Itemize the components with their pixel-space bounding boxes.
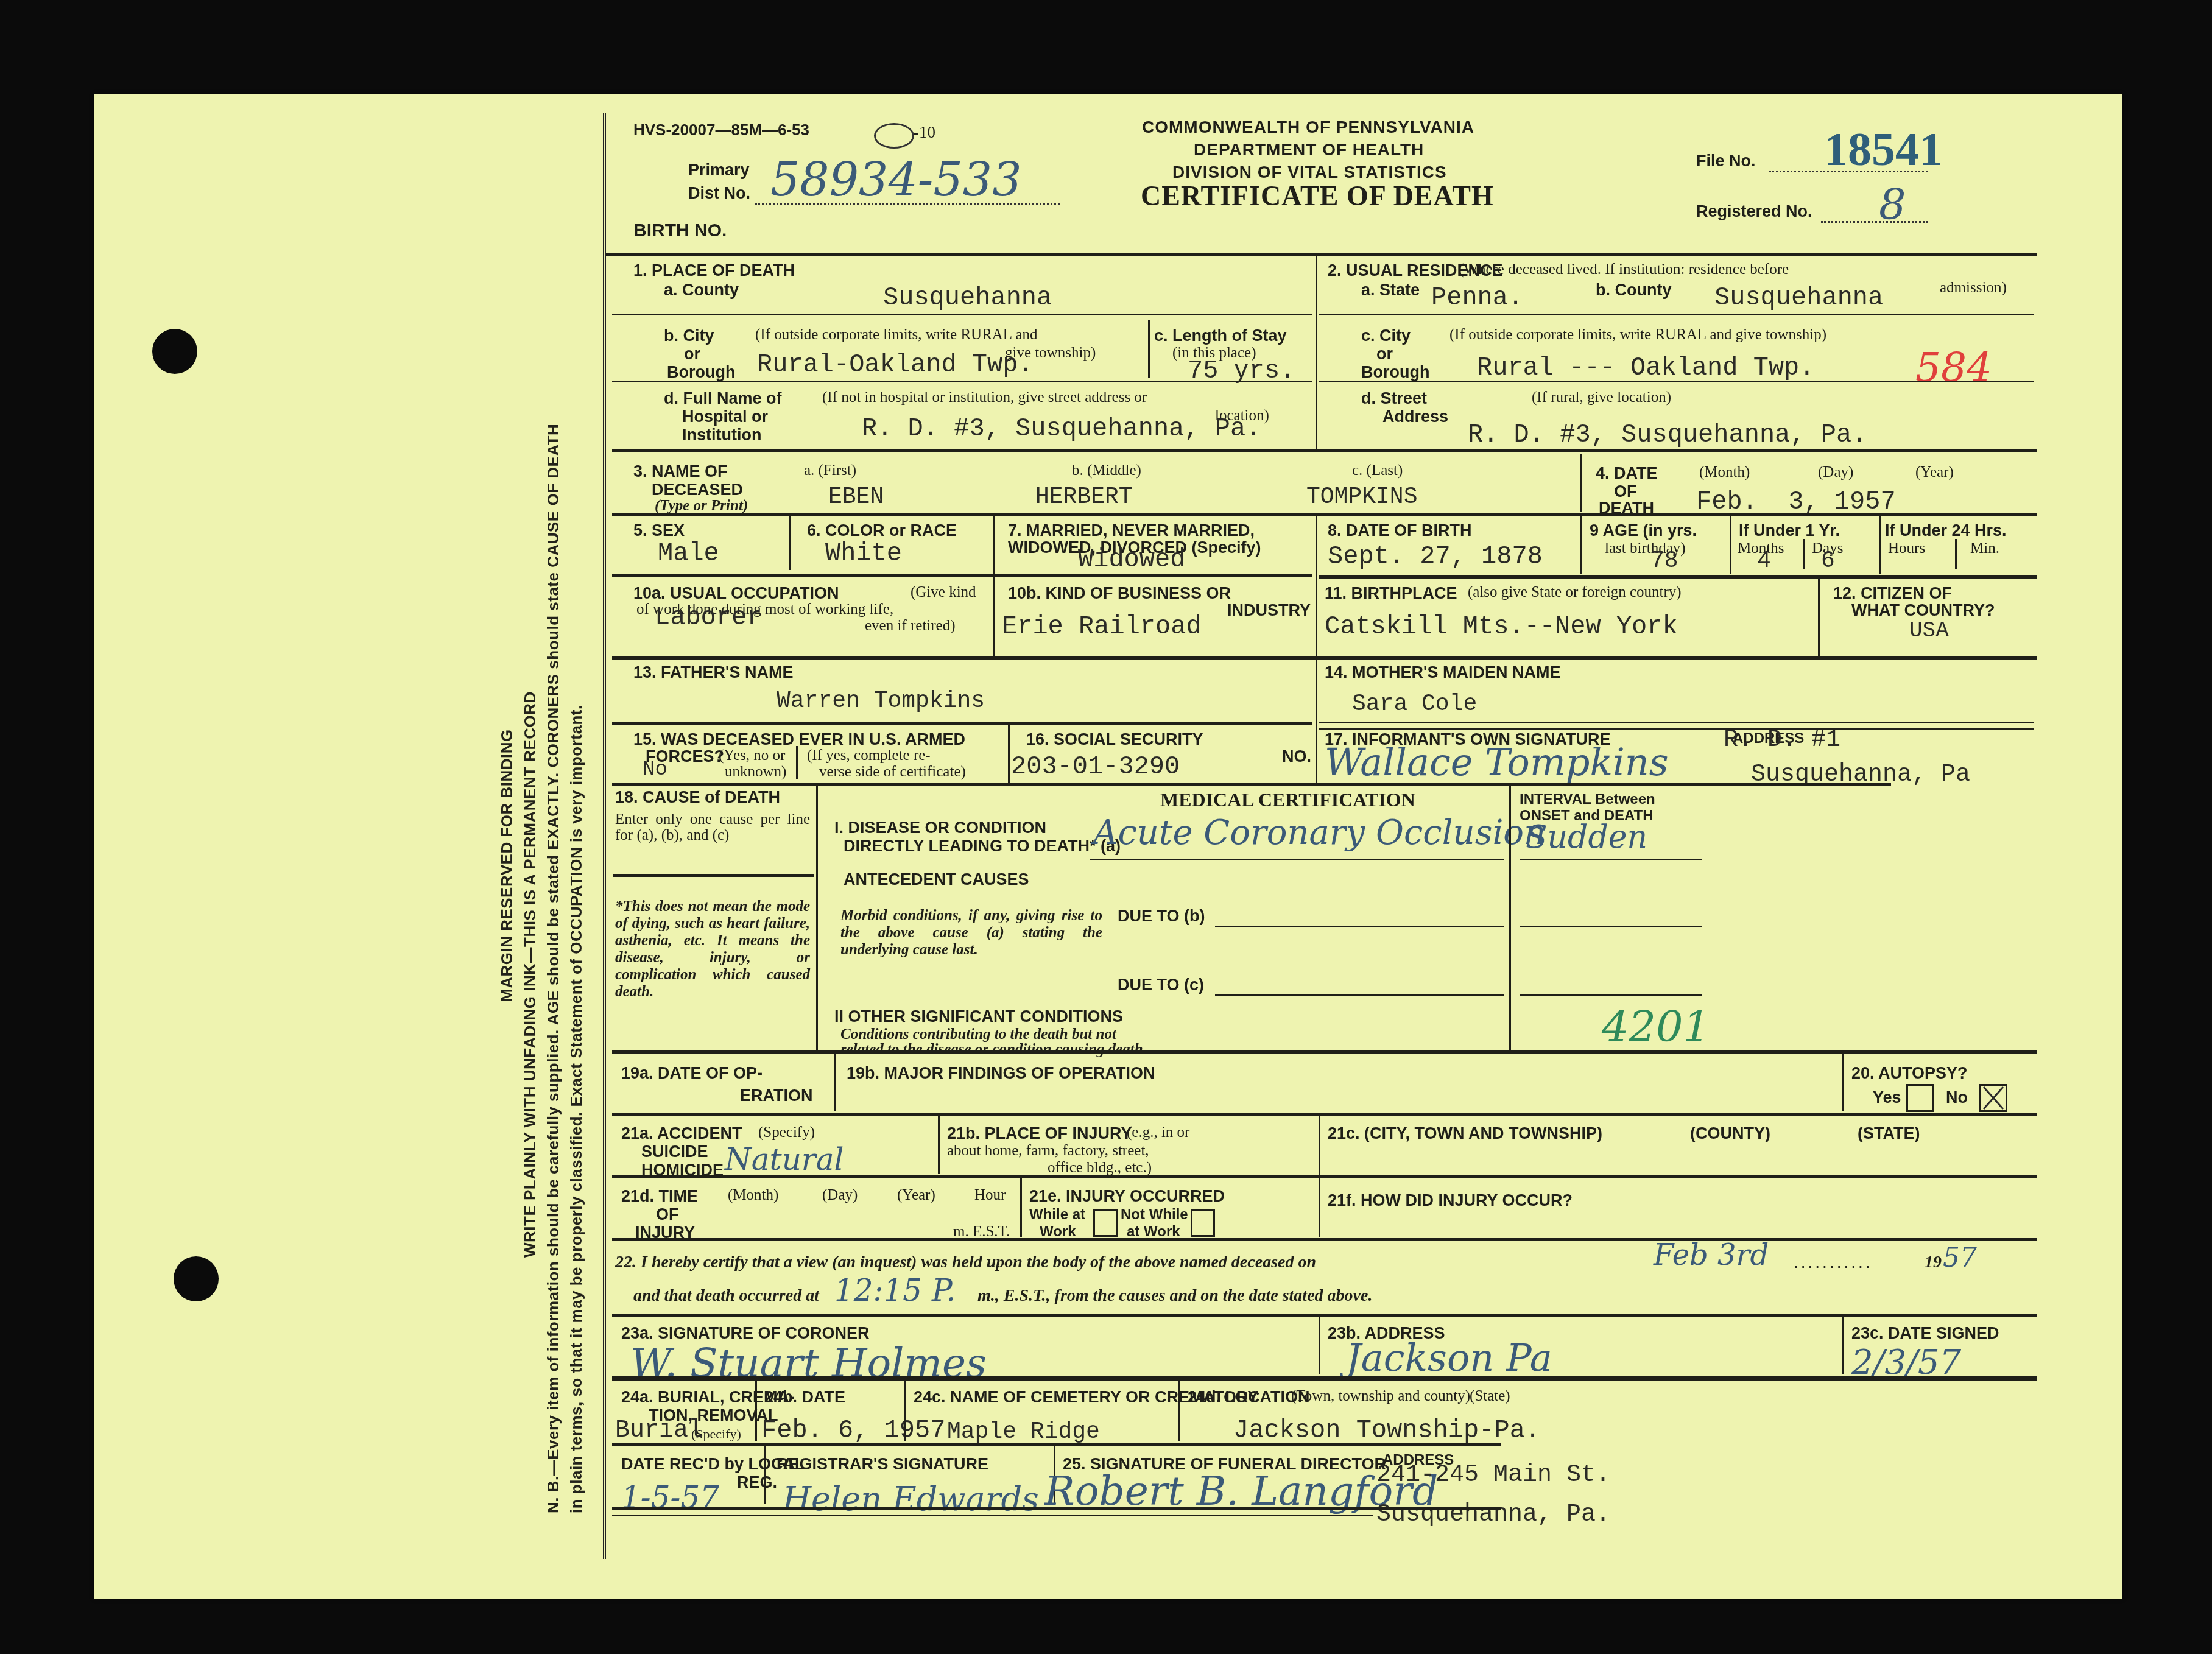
min-label: Min.	[1970, 541, 1999, 557]
residence-note-2: admission)	[1940, 280, 2007, 296]
funeral-director-address-1: 241-245 Main St.	[1376, 1462, 1610, 1489]
death-month-label: (Month)	[1699, 465, 1750, 480]
registered-no-value: 8	[1879, 180, 1906, 230]
last-name-label: c. (Last)	[1352, 463, 1403, 479]
injury-state-label: (STATE)	[1858, 1125, 1920, 1142]
under1-label: If Under 1 Yr.	[1739, 522, 1840, 539]
armed-forces-note-2: unknown)	[725, 764, 786, 780]
place-of-injury-note-2: about home, farm, factory, street,	[947, 1143, 1149, 1159]
hours-label: Hours	[1888, 541, 1925, 557]
form-code: HVS-20007—85M—6-53	[633, 122, 809, 138]
residence-state-label: a. State	[1361, 281, 1420, 298]
injury-a-divider	[938, 1116, 940, 1174]
age-months-value: 4	[1757, 548, 1771, 574]
funeral-director-address-2: Susquehanna, Pa.	[1376, 1501, 1610, 1529]
not-while-at-work-label-2: at Work	[1127, 1224, 1180, 1239]
date-of-death-label-1: 4. DATE	[1596, 465, 1658, 482]
street-label: d. Street	[1361, 390, 1427, 407]
row-divider	[612, 314, 1312, 315]
registrar-signature-label: REGISTRAR'S SIGNATURE	[777, 1455, 988, 1473]
birthplace-value: Catskill Mts.--New York	[1325, 612, 1678, 641]
burial-b-divider	[904, 1381, 906, 1441]
cause-label: 18. CAUSE of DEATH	[615, 789, 780, 806]
due-to-c-line	[1215, 994, 1504, 996]
how-injury-label: 21f. HOW DID INJURY OCCUR?	[1328, 1192, 1573, 1209]
injury-type-label-2: SUICIDE	[641, 1143, 708, 1160]
margin-nb-note: N. B.—Every item of information should b…	[544, 424, 563, 1513]
autopsy-no-label: No	[1946, 1089, 1968, 1106]
citizen-label-2: WHAT COUNTRY?	[1851, 602, 1995, 619]
citizen-label-1: 12. CITIZEN OF	[1833, 585, 1952, 602]
occupation-note-1: (Give kind	[911, 585, 976, 600]
cause-footnote: *This does not mean the mode of dying, s…	[615, 898, 810, 1001]
autopsy-no-checkbox-checked[interactable]	[1979, 1084, 2007, 1112]
certify-line-2b: m., E.S.T., from the causes and on the d…	[977, 1286, 1372, 1305]
hospital-note: (If not in hospital or institution, give…	[822, 390, 1147, 406]
date-of-death-value: Feb. 3, 1957	[1696, 487, 1896, 516]
hospital-label-3: Institution	[682, 426, 761, 443]
injury-time-label-2: OF	[656, 1206, 679, 1223]
armed-forces-label-1: 15. WAS DECEASED EVER IN U.S. ARMED	[633, 731, 965, 748]
residence-street-value: R. D. #3, Susquehanna, Pa.	[1468, 420, 1867, 449]
cause-a-value: Acute Coronary Occlusion	[1093, 813, 1546, 853]
father-label: 13. FATHER'S NAME	[633, 664, 793, 681]
marital-value: Widowed	[1078, 545, 1185, 574]
union-label-icon	[874, 123, 914, 149]
place-of-injury-note-1: (e.g., in or	[1127, 1125, 1189, 1141]
stay-divider	[1148, 320, 1150, 378]
burial-type-value: Burial	[615, 1417, 703, 1445]
occupation-label: 10a. USUAL OCCUPATION	[633, 585, 839, 602]
binding-hole-top	[152, 329, 197, 374]
injury-time-label-1: 21d. TIME	[621, 1188, 698, 1205]
disease-label-1: I. DISEASE OR CONDITION	[834, 819, 1046, 836]
age-divider	[1580, 516, 1582, 574]
injury-month-label: (Month)	[728, 1188, 778, 1203]
operation-date-label-2: ERATION	[740, 1087, 813, 1104]
place-county-value: Susquehanna	[883, 283, 1052, 312]
autopsy-yes-label: Yes	[1873, 1089, 1901, 1106]
coroner-date-divider	[1842, 1317, 1844, 1374]
header-commonwealth: COMMONWEALTH OF PENNSYLVANIA	[1142, 118, 1474, 137]
certify-year-value: 57	[1943, 1242, 1977, 1273]
row-divider	[612, 1314, 2037, 1317]
citizen-divider	[1818, 579, 1820, 656]
row-divider	[1319, 575, 2037, 579]
race-label: 6. COLOR or RACE	[807, 522, 957, 539]
due-to-b-label: DUE TO (b)	[1118, 907, 1205, 924]
place-city-value: Rural-Oakland Twp.	[757, 350, 1034, 379]
row-divider	[1319, 728, 2034, 730]
occupation-note-3: even if retired)	[865, 618, 956, 634]
row-divider	[612, 722, 1312, 725]
certify-line-1: 22. I hereby certify that a view (an inq…	[615, 1253, 1316, 1272]
injury-county-label: (COUNTY)	[1690, 1125, 1770, 1142]
autopsy-divider	[1842, 1054, 1844, 1111]
operation-date-label-1: 19a. DATE OF OP-	[621, 1065, 763, 1082]
residence-county-value: Susquehanna	[1714, 283, 1883, 312]
while-at-work-label-1: While at	[1029, 1207, 1085, 1222]
sex-label: 5. SEX	[633, 522, 685, 539]
burial-c-divider	[1178, 1381, 1180, 1441]
coroner-address-divider	[1319, 1317, 1320, 1374]
ssn-divider	[1008, 725, 1010, 783]
interval-divider	[1509, 786, 1511, 1050]
birth-divider	[1316, 516, 1317, 784]
armed-forces-note-4: verse side of certificate)	[819, 764, 966, 780]
interval-c-line	[1520, 994, 1702, 996]
name-label-1: 3. NAME OF	[633, 463, 728, 480]
certify-year-prefix: 19	[1925, 1253, 1942, 1272]
file-no-value: 18541	[1824, 122, 1943, 177]
street-note: (If rural, give location)	[1532, 390, 1671, 406]
armed-forces-inner-divider	[796, 746, 798, 779]
race-divider	[993, 516, 995, 656]
death-day-label: (Day)	[1818, 465, 1853, 480]
cause-left-divider	[816, 786, 818, 1050]
sex-value: Male	[658, 539, 719, 568]
injury-occurred-label: 21e. INJURY OCCURRED	[1029, 1188, 1225, 1205]
not-while-at-work-label-1: Not While	[1121, 1207, 1188, 1222]
months-days-divider	[1803, 539, 1805, 569]
borough-label: Borough	[667, 364, 735, 381]
ssn-label-1: 16. SOCIAL SECURITY	[1026, 731, 1203, 748]
residence-note: (Where deceased lived. If institution: r…	[1459, 262, 1789, 278]
burial-date-label: 24b. DATE	[764, 1388, 845, 1406]
other-conditions-note-1: Conditions contributing to the death but…	[840, 1026, 1116, 1043]
certificate-form: HVS-20007—85M—6-53 -10 Primary Dist No. …	[603, 113, 2037, 1559]
hospital-label-1: d. Full Name of	[664, 390, 782, 407]
residence-borough-label: Borough	[1361, 364, 1429, 381]
section-divider	[612, 449, 2037, 452]
place-of-injury-label: 21b. PLACE OF INJURY	[947, 1125, 1132, 1142]
address-label: Address	[1382, 408, 1448, 425]
under24-label: If Under 24 Hrs.	[1885, 522, 2007, 539]
ssn-value: 203-01-3290	[1011, 752, 1180, 781]
hospital-value: R. D. #3, Susquehanna, Pa.	[862, 414, 1261, 443]
injury-year-label: (Year)	[897, 1188, 935, 1203]
due-to-c-label: DUE TO (c)	[1118, 976, 1204, 993]
row-divider	[1319, 722, 2034, 723]
interval-a-line	[1520, 859, 1702, 860]
margin-plain-terms-note: in plain terms, so that it may be proper…	[567, 705, 586, 1513]
red-code-value: 584	[1915, 344, 1992, 391]
morbid-note: Morbid conditions, if any, giving rise t…	[840, 907, 1102, 959]
age-years-value: 78	[1650, 548, 1678, 574]
birth-date-label: 8. DATE OF BIRTH	[1328, 522, 1472, 539]
disease-label-2: DIRECTLY LEADING TO DEATH* (a)	[844, 837, 1121, 854]
row-divider	[612, 513, 2037, 516]
informant-signature: Wallace Tompkins	[1325, 740, 1669, 784]
not-while-at-work-checkbox[interactable]	[1191, 1209, 1215, 1237]
city-label: b. City	[664, 327, 714, 344]
name-label-2: DECEASED	[652, 481, 743, 498]
county-label: a. County	[664, 281, 739, 298]
name-label-3: (Type or Print)	[655, 498, 748, 515]
other-conditions-label: II OTHER SIGNIFICANT CONDITIONS	[834, 1008, 1123, 1025]
margin-ink-note: WRITE PLAINLY WITH UNFADING INK—THIS IS …	[521, 691, 540, 1258]
certificate-title: CERTIFICATE OF DEATH	[1141, 180, 1494, 212]
residence-county-label: b. County	[1596, 281, 1671, 298]
residence-city-value: Rural --- Oakland Twp.	[1477, 353, 1815, 382]
residence-city-note: (If outside corporate limits, write RURA…	[1449, 327, 1826, 343]
injury-hour-label: Hour	[974, 1188, 1006, 1203]
age-label-1: 9 AGE (in yrs.	[1590, 522, 1697, 539]
row-divider	[612, 656, 2037, 660]
antecedent-label: ANTECEDENT CAUSES	[844, 871, 1029, 888]
middle-name-value: HERBERT	[1035, 484, 1133, 510]
father-value: Warren Tompkins	[777, 688, 985, 714]
city-or-label: or	[684, 345, 700, 362]
interval-label-1: INTERVAL Between	[1520, 792, 1655, 807]
residence-city-label: c. City	[1361, 327, 1411, 344]
interval-a-value: Sudden	[1526, 819, 1647, 856]
row-divider	[612, 1050, 2037, 1054]
medical-certification-title: MEDICAL CERTIFICATION	[1160, 789, 1415, 811]
burial-location-note: (Town, township and county)	[1291, 1388, 1470, 1404]
cemetery-value: Maple Ridge	[947, 1419, 1100, 1445]
middle-name-label: b. (Middle)	[1072, 463, 1141, 479]
row-divider	[612, 1113, 2037, 1116]
operation-divider	[834, 1054, 836, 1111]
certify-time-value: 12:15 P.	[834, 1273, 956, 1308]
under1-divider	[1730, 516, 1731, 574]
while-at-work-checkbox[interactable]	[1093, 1209, 1118, 1237]
checkmark-x-icon	[1981, 1086, 2006, 1110]
row-divider	[612, 783, 1891, 786]
ssn-label-2: NO.	[1282, 748, 1311, 765]
header-department: DEPARTMENT OF HEALTH	[1194, 140, 1424, 160]
place-of-injury-note-3: office bldg., etc.)	[1048, 1160, 1152, 1176]
row-divider	[1319, 381, 2034, 382]
bottom-border-2	[612, 1515, 1373, 1516]
injury-day-label: (Day)	[822, 1188, 858, 1203]
green-code-value: 4201	[1602, 1002, 1710, 1052]
registered-no-label: Registered No.	[1696, 203, 1812, 220]
burial-location-value: Jackson Township-Pa.	[1233, 1416, 1540, 1445]
hours-min-divider	[1955, 539, 1957, 569]
occupation-value: Laborer	[655, 603, 762, 632]
race-value: White	[825, 539, 902, 568]
date-of-death-label-2: OF	[1614, 483, 1637, 500]
sex-divider	[789, 516, 791, 570]
row-divider	[612, 1376, 2037, 1381]
birthplace-label: 11. BIRTHPLACE	[1325, 585, 1457, 602]
residence-city-or: or	[1376, 345, 1393, 362]
armed-forces-note-3: (If yes, complete re-	[807, 748, 931, 764]
place-of-death-label: 1. PLACE OF DEATH	[633, 262, 795, 279]
registered-no-dotted-line	[1821, 221, 1928, 223]
cause-instr-divider	[613, 874, 814, 877]
union-label-suffix: -10	[914, 124, 935, 141]
margin-binding-note: MARGIN RESERVED FOR BINDING	[498, 729, 516, 1002]
bottom-border	[612, 1507, 1501, 1510]
header-divider	[606, 253, 2037, 256]
row-divider	[612, 381, 1312, 382]
dist-no-label: Dist No.	[688, 185, 750, 202]
binding-hole-bottom	[174, 1256, 219, 1301]
burial-location-state: (State)	[1470, 1388, 1510, 1404]
burial-a-divider	[755, 1381, 757, 1441]
business-label-2: INDUSTRY	[1227, 602, 1311, 619]
informant-address-1: R. D. #1	[1724, 727, 1840, 754]
row-divider	[612, 1238, 2037, 1241]
cause-a-line	[1090, 859, 1504, 860]
primary-label: Primary	[688, 161, 750, 178]
certify-date-dots: ...........	[1794, 1253, 1873, 1272]
birth-date-value: Sept. 27, 1878	[1328, 542, 1543, 571]
row-divider	[1319, 314, 2034, 315]
col-divider-place-residence	[1316, 256, 1317, 451]
certify-date-value: Feb 3rd	[1654, 1238, 1769, 1272]
autopsy-label: 20. AUTOPSY?	[1851, 1065, 1968, 1082]
row-divider	[612, 1175, 2037, 1178]
row-divider	[612, 574, 1312, 577]
date-received-label-2: REG.	[737, 1474, 777, 1491]
under24-divider	[1879, 516, 1881, 574]
interval-b-line	[1520, 926, 1702, 927]
injury-type-specify: (Specify)	[758, 1125, 815, 1141]
injury-city-label: 21c. (CITY, TOWN AND TOWNSHIP)	[1328, 1125, 1602, 1142]
due-to-b-line	[1215, 926, 1504, 927]
file-no-label: File No.	[1696, 152, 1756, 169]
injury-type-value: Natural	[725, 1142, 844, 1177]
autopsy-yes-checkbox[interactable]	[1906, 1084, 1934, 1112]
coroner-address: Jackson Pa	[1346, 1336, 1552, 1380]
certify-line-2a: and that death occurred at	[633, 1286, 819, 1305]
primary-dist-no-value: 58934-533	[770, 152, 1022, 206]
first-name-value: EBEN	[828, 484, 884, 510]
other-conditions-note-2: related to the disease or condition caus…	[840, 1041, 1147, 1058]
mother-value: Sara Cole	[1352, 691, 1477, 717]
injury-d-divider	[1020, 1178, 1022, 1237]
death-year-label: (Year)	[1915, 465, 1954, 480]
length-of-stay-label: c. Length of Stay	[1154, 327, 1287, 344]
burial-date-value: Feb. 6, 1957	[761, 1416, 945, 1445]
registrar-signature: Helen Edwards	[783, 1480, 1039, 1518]
last-name-value: TOMPKINS	[1306, 484, 1417, 510]
birth-no-label: BIRTH NO.	[633, 221, 727, 241]
armed-forces-value: No	[643, 758, 667, 781]
row-divider	[612, 1443, 1501, 1446]
while-at-work-label-2: Work	[1040, 1224, 1076, 1239]
first-name-label: a. (First)	[804, 463, 856, 479]
birthplace-note: (also give State or foreign country)	[1468, 585, 1682, 600]
date-of-death-divider	[1580, 454, 1582, 512]
marital-label-1: 7. MARRIED, NEVER MARRIED,	[1008, 522, 1255, 539]
age-days-value: 6	[1821, 548, 1835, 574]
residence-state-value: Penna.	[1431, 283, 1523, 312]
armed-forces-note-1: (Yes, no or	[719, 748, 785, 764]
city-note: (If outside corporate limits, write RURA…	[755, 327, 1038, 343]
cause-instructions: Enter only one cause per line for (a), (…	[615, 812, 810, 844]
registrar-divider	[764, 1446, 766, 1504]
business-value: Erie Railroad	[1002, 612, 1202, 641]
mother-label: 14. MOTHER'S MAIDEN NAME	[1325, 664, 1560, 681]
business-label-1: 10b. KIND OF BUSINESS OR	[1008, 585, 1231, 602]
injury-type-label-1: 21a. ACCIDENT	[621, 1125, 742, 1142]
coroner-date-label: 23c. DATE SIGNED	[1851, 1325, 1999, 1342]
operation-findings-label: 19b. MAJOR FINDINGS OF OPERATION	[847, 1065, 1155, 1082]
citizen-value: USA	[1909, 618, 1949, 643]
hospital-label-2: Hospital or	[682, 408, 768, 425]
